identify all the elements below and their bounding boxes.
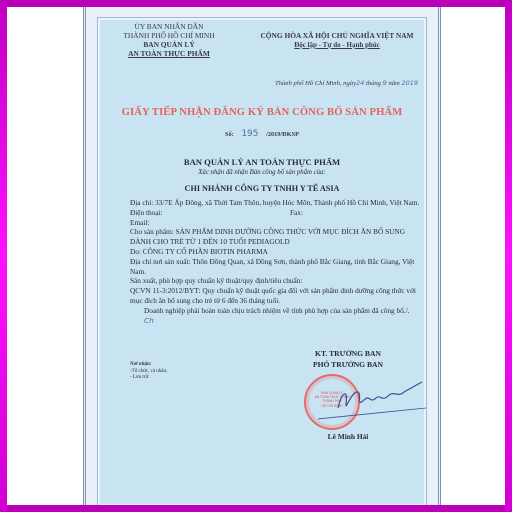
date-month: 9 (383, 79, 387, 87)
company-address: Địa chỉ: 33/7E Ấp Đông, xã Thới Tam Thôn… (130, 198, 420, 208)
standard-label: Sản xuất, phù hợp quy chuẩn kỹ thuật/quy… (130, 276, 420, 286)
date-day: 24 (356, 79, 364, 87)
manufacturer: Do: CÔNG TY CỔ PHẦN BIOTIN PHARMA (130, 247, 420, 257)
national-header: CỘNG HÒA XÃ HỘI CHỦ NGHĨA VIỆT NAM Độc l… (248, 31, 426, 50)
document-number-value: 195 (241, 129, 258, 139)
document-number: Số: 195 /2019/ĐKSP (98, 129, 426, 139)
signature-icon (318, 378, 428, 423)
frame-top-edge (0, 0, 512, 7)
frame-right-edge (505, 0, 512, 512)
national-title: CỘNG HÒA XÃ HỘI CHỦ NGHĨA VIỆT NAM (248, 31, 426, 41)
issuing-authority-header: ỦY BAN NHÂN DÂN THÀNH PHỐ HỒ CHÍ MINH BA… (104, 22, 234, 58)
authority-line-1: ỦY BAN NHÂN DÂN (104, 22, 234, 31)
product-name: Cho sản phẩm: SẢN PHẨM DINH DƯỠNG CÔNG T… (130, 227, 420, 247)
initials-handwriting: Ch (144, 316, 154, 325)
frame-bottom-edge (0, 505, 512, 512)
standard-text: QCVN 11-3:2012/BYT: Quy chuẩn kỹ thuật q… (130, 286, 420, 306)
document-body: Địa chỉ: 33/7E Ấp Đông, xã Thới Tam Thôn… (130, 198, 420, 325)
recipients-block: Nơi nhận: -Tổ chức, cá nhân; - Lưu trữ. (130, 362, 210, 382)
phone-row: Điện thoại:Fax: (130, 208, 420, 218)
signer-title: KT. TRƯỞNG BAN PHÓ TRƯỞNG BAN (278, 348, 418, 370)
authority-line-2: THÀNH PHỐ HỒ CHÍ MINH (104, 31, 234, 40)
company-name: CHI NHÁNH CÔNG TY TNHH Y TẾ ASIA (98, 184, 426, 193)
email-row: Email: (130, 218, 420, 228)
responsibility-text: Doanh nghiệp phải hoàn toàn chịu trách n… (130, 306, 420, 326)
date-year: 2019 (401, 79, 418, 87)
certificate-document: ỦY BAN NHÂN DÂN THÀNH PHỐ HỒ CHÍ MINH BA… (97, 17, 427, 507)
agency-heading: BAN QUẢN LÝ AN TOÀN THỰC PHẨM (98, 157, 426, 167)
authority-line-3: BAN QUẢN LÝ (104, 40, 234, 49)
frame-left-edge (0, 0, 7, 512)
confirmation-subtitle: Xác nhận đã nhận Bản công bố sản phẩm củ… (98, 169, 426, 176)
dateline: Thành phố Hồ Chí Minh, ngày24 tháng 9 nă… (275, 79, 418, 87)
recipient-item: - Lưu trữ. (130, 375, 210, 382)
national-motto: Độc lập - Tự do - Hạnh phúc (248, 41, 426, 51)
authority-line-4: AN TOÀN THỰC PHẨM (104, 49, 234, 58)
fax-label: Fax: (290, 208, 303, 218)
production-address: Địa chỉ nơi sản xuất: Thôn Đồng Quan, xã… (130, 257, 420, 277)
image-canvas: ỦY BAN NHÂN DÂN THÀNH PHỐ HỒ CHÍ MINH BA… (7, 7, 505, 505)
document-title: GIẤY TIẾP NHẬN ĐĂNG KÝ BẢN CÔNG BỐ SẢN P… (98, 107, 426, 118)
signer-name: Lê Minh Hải (278, 432, 418, 441)
